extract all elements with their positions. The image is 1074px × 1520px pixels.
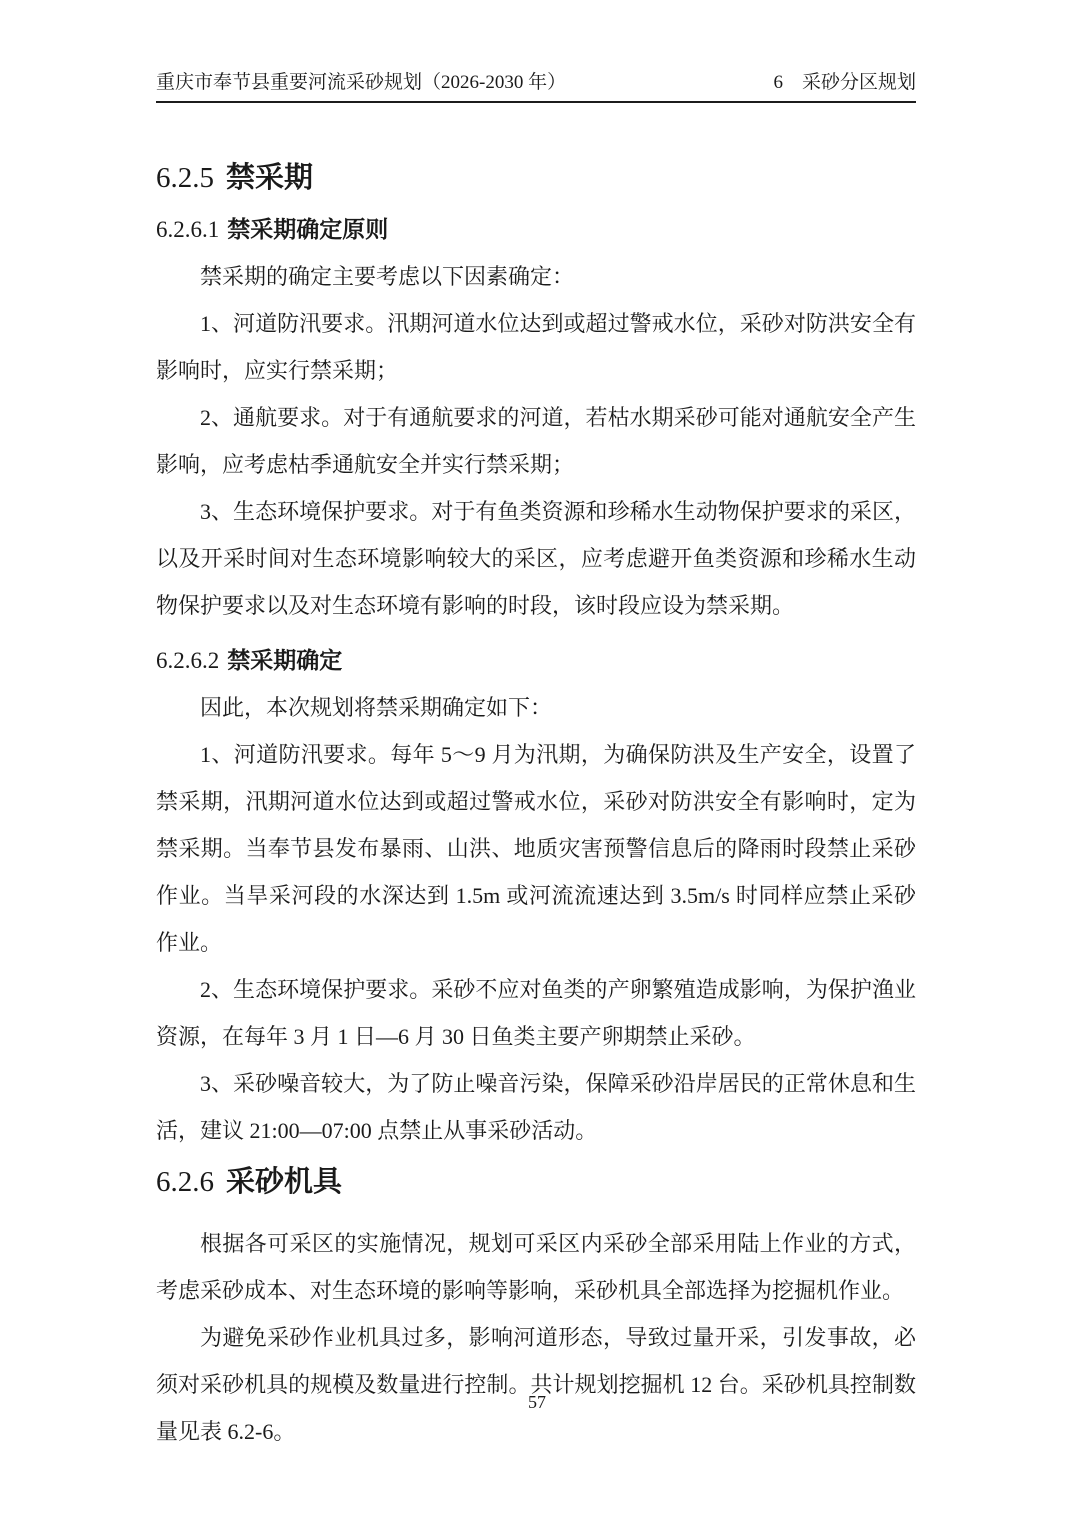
para-determine-intro: 因此，本次规划将禁采期确定如下： <box>156 684 916 731</box>
heading-6-2-5: 6.2.5禁采期 <box>156 160 916 196</box>
para-principle-ecology: 3、生态环境保护要求。对于有鱼类资源和珍稀水生动物保护要求的采区，以及开采时间对… <box>156 488 916 629</box>
heading-number: 6.2.5 <box>156 162 214 194</box>
page-header: 重庆市奉节县重要河流采砂规划（2026-2030 年） 6 采砂分区规划 <box>156 72 916 103</box>
para-principle-navigation: 2、通航要求。对于有通航要求的河道，若枯水期采砂可能对通航安全产生影响，应考虑枯… <box>156 394 916 488</box>
header-document-title: 重庆市奉节县重要河流采砂规划（2026-2030 年） <box>156 72 566 95</box>
para-principle-flood: 1、河道防汛要求。汛期河道水位达到或超过警戒水位，采砂对防洪安全有影响时，应实行… <box>156 300 916 394</box>
para-determine-ecology: 2、生态环境保护要求。采砂不应对鱼类的产卵繁殖造成影响，为保护渔业资源，在每年 … <box>156 966 916 1060</box>
header-section-title: 6 采砂分区规划 <box>773 72 916 95</box>
page-number: 57 <box>528 1392 546 1412</box>
heading-number: 6.2.6.1 <box>156 217 219 242</box>
para-determine-noise: 3、采砂噪音较大，为了防止噪音污染，保障采砂沿岸居民的正常休息和生活，建议 21… <box>156 1060 916 1154</box>
para-equipment-control: 为避免采砂作业机具过多，影响河道形态，导致过量开采，引发事故，必须对采砂机具的规… <box>156 1314 916 1455</box>
document-page: 重庆市奉节县重要河流采砂规划（2026-2030 年） 6 采砂分区规划 6.2… <box>0 0 1074 1520</box>
heading-title: 禁采期确定 <box>227 647 342 673</box>
para-intro: 禁采期的确定主要考虑以下因素确定： <box>156 253 916 300</box>
heading-title: 禁采期 <box>226 162 313 194</box>
para-equipment-method: 根据各可采区的实施情况，规划可采区内采砂全部采用陆上作业的方式，考虑采砂成本、对… <box>156 1220 916 1314</box>
para-determine-flood: 1、河道防汛要求。每年 5～9 月为汛期，为确保防洪及生产安全，设置了禁采期，汛… <box>156 731 916 966</box>
heading-6-2-6: 6.2.6采砂机具 <box>156 1164 916 1200</box>
document-body: 6.2.5禁采期 6.2.6.1禁采期确定原则 禁采期的确定主要考虑以下因素确定… <box>156 146 916 1455</box>
heading-6-2-6-1: 6.2.6.1禁采期确定原则 <box>156 206 916 253</box>
page-footer: 57 <box>0 1390 1074 1414</box>
heading-number: 6.2.6 <box>156 1166 214 1198</box>
heading-title: 禁采期确定原则 <box>227 216 388 242</box>
heading-number: 6.2.6.2 <box>156 648 219 673</box>
heading-title: 采砂机具 <box>226 1166 342 1198</box>
heading-6-2-6-2: 6.2.6.2禁采期确定 <box>156 637 916 684</box>
